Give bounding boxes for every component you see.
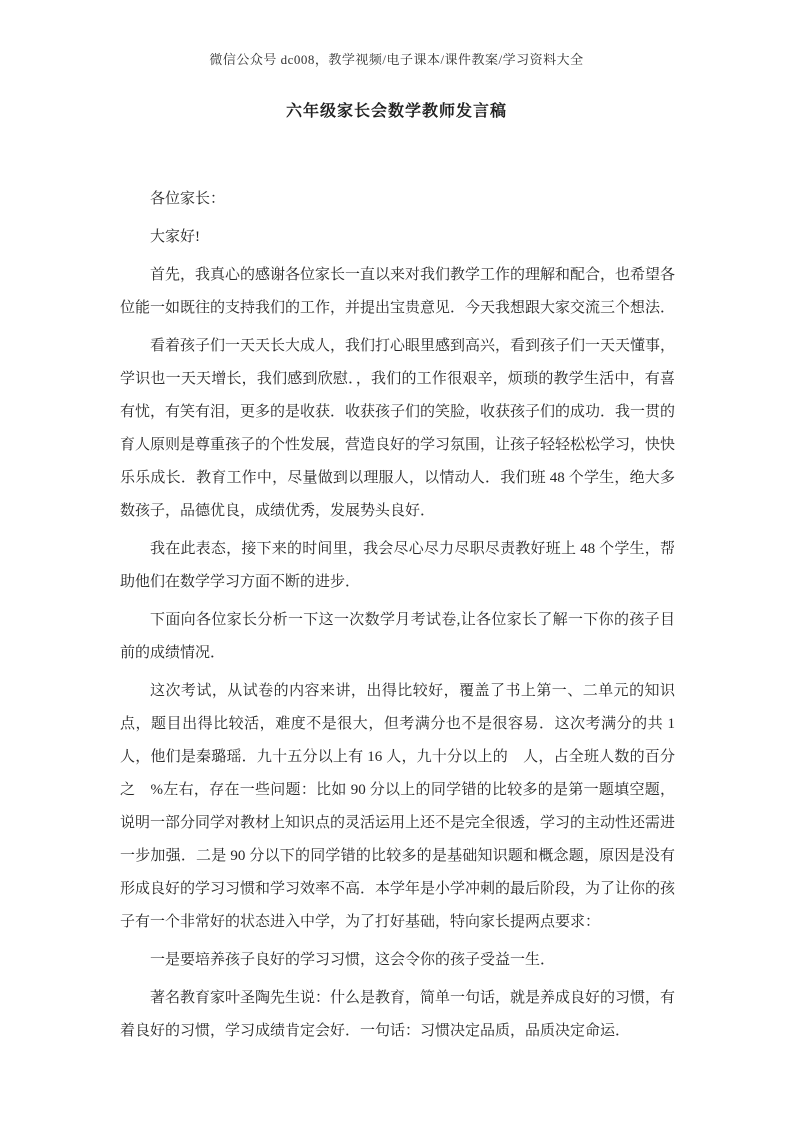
paragraph-greeting: 大家好!	[120, 221, 675, 254]
paragraph-class-overview: 看着孩子们一天天长大成人，我们打心眼里感到高兴，看到孩子们一天天懂事，学识也一天…	[120, 330, 675, 528]
document-title: 六年级家长会数学教师发言稿	[0, 102, 793, 122]
paragraph-commitment: 我在此表态，接下来的时间里，我会尽心尽力尽职尽责教好班上 48 个学生，帮助他们…	[120, 533, 675, 599]
paragraph-exam-intro: 下面向各位家长分析一下这一次数学月考试卷,让各位家长了解一下你的孩子目前的成绩情…	[120, 604, 675, 670]
paragraph-habit-quote: 著名教育家叶圣陶先生说：什么是教育，简单一句话，就是养成良好的习惯，有着良好的习…	[120, 982, 675, 1048]
header-note: 微信公众号 dc008，教学视频/电子课本/课件教案/学习资料大全	[0, 0, 793, 68]
paragraph-salutation: 各位家长：	[120, 183, 675, 216]
document-page: 微信公众号 dc008，教学视频/电子课本/课件教案/学习资料大全 六年级家长会…	[0, 0, 793, 1122]
paragraph-intro-thanks: 首先，我真心的感谢各位家长一直以来对我们教学工作的理解和配合，也希望各位能一如既…	[120, 259, 675, 325]
paragraph-exam-analysis: 这次考试，从试卷的内容来讲，出得比较好，覆盖了书上第一、二单元的知识点，题目出得…	[120, 675, 675, 939]
document-body: 各位家长： 大家好! 首先，我真心的感谢各位家长一直以来对我们教学工作的理解和配…	[120, 183, 675, 1048]
paragraph-requirement-one: 一是要培养孩子良好的学习习惯，这会令你的孩子受益一生．	[120, 944, 675, 977]
